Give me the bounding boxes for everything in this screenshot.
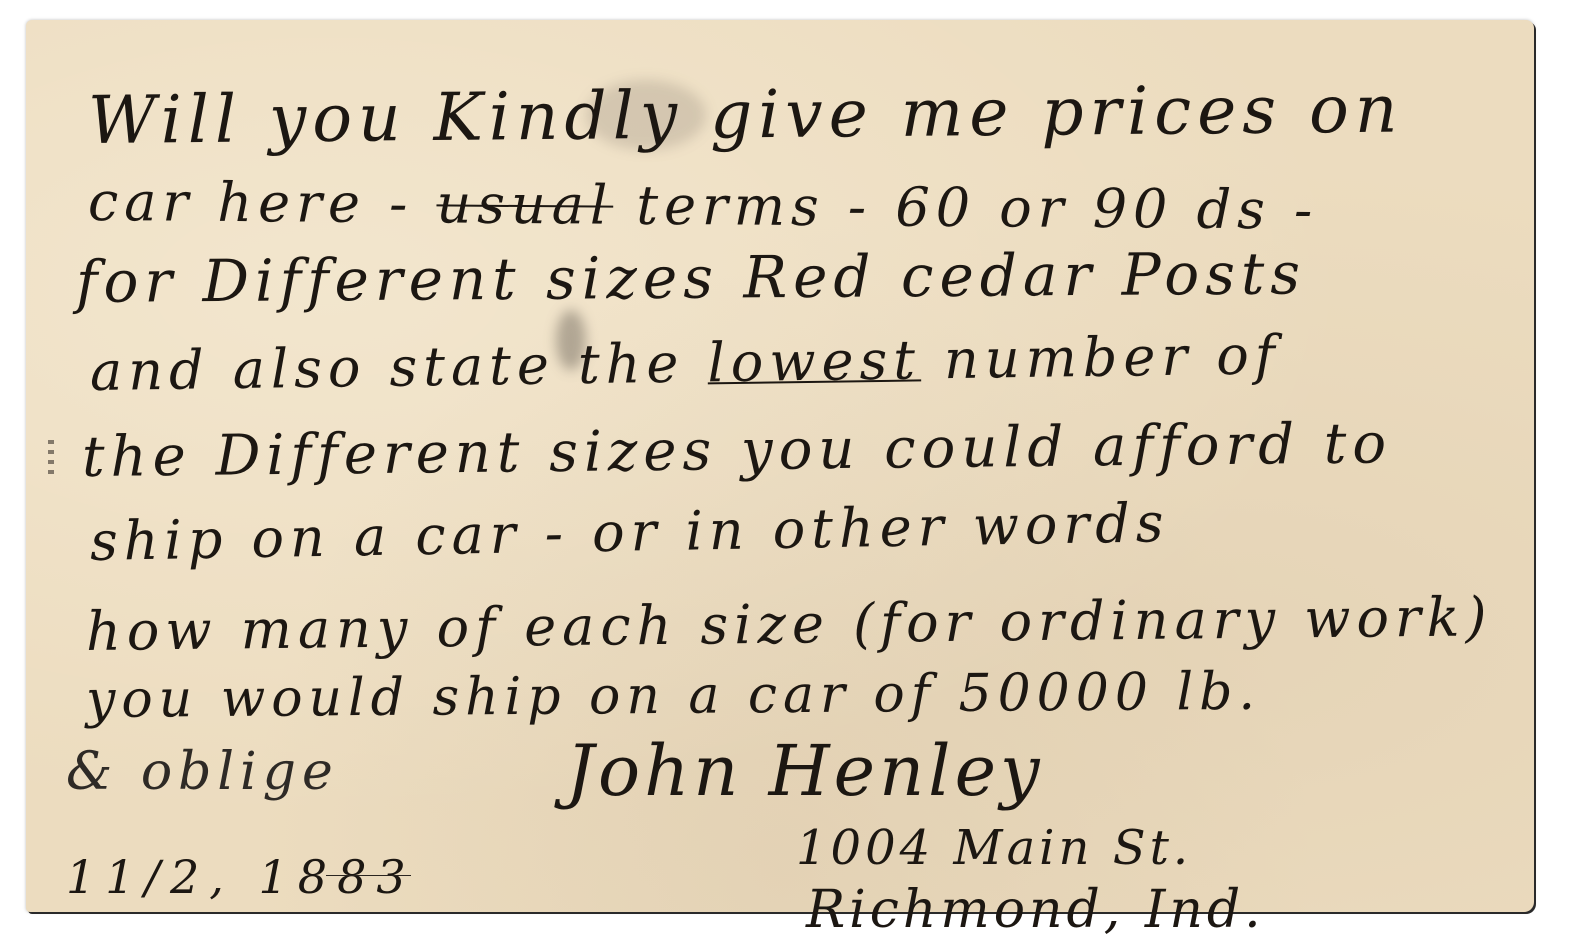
body-line-6: ship on a car - or in other words (89, 491, 1170, 573)
signature-street: 1004 Main St. (796, 820, 1192, 876)
body-line-2: car here - usual terms - 60 or 90 ds - (88, 170, 1319, 242)
struck-word: usual (436, 172, 613, 236)
date: 11/2, 1883 (66, 850, 416, 904)
underlined-word: lowest (707, 328, 921, 394)
edge-stain (48, 440, 54, 480)
body-line-1: Will you Kindly give me prices on (88, 71, 1404, 159)
signature-city: Richmond, Ind. (806, 880, 1265, 940)
body-line-4-start: and also state the (90, 331, 708, 403)
date-underline (326, 875, 411, 876)
body-line-4: and also state the lowest number of (90, 323, 1282, 403)
body-line-2-start: car here - (88, 170, 437, 235)
body-line-4-end: number of (920, 323, 1281, 391)
postcard: Will you Kindly give me prices on car he… (26, 20, 1534, 912)
body-line-8: you would ship on a car of 50000 lb. (86, 662, 1261, 730)
signature-name: John Henley (566, 730, 1044, 812)
closing: & oblige (66, 742, 339, 802)
body-line-7: how many of each size (for ordinary work… (86, 585, 1493, 663)
body-line-2-end: terms - 60 or 90 ds - (613, 174, 1319, 242)
body-line-5: the Different sizes you could afford to (82, 411, 1393, 490)
body-line-3: for Different sizes Red cedar Posts (76, 239, 1307, 316)
